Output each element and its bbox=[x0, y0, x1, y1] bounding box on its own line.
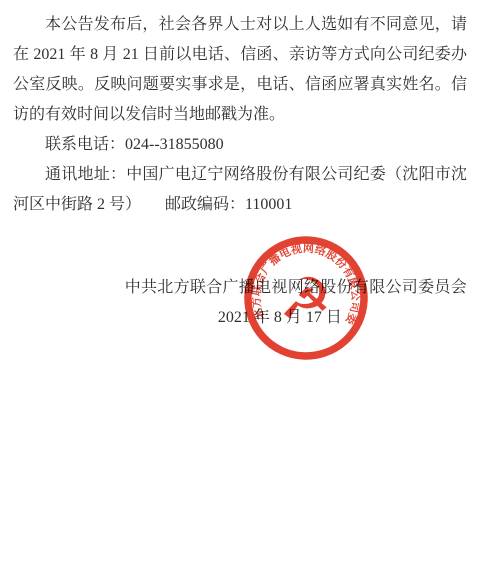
signature-block: 中共北方联合广播电视网络股份有限公司委员会 2021 年 8 月 17 日 bbox=[125, 273, 467, 333]
signature-committee: 中共北方联合广播电视网络股份有限公司委员会 bbox=[125, 273, 467, 303]
notice-paragraph: 本公告发布后，社会各界人士对以上人选如有不同意见，请在 2021 年 8 月 2… bbox=[13, 10, 467, 130]
address-line: 通讯地址：中国广电辽宁网络股份有限公司纪委（沈阳市沈河区中街路 2 号） 邮政编… bbox=[13, 160, 467, 220]
notice-body: 本公告发布后，社会各界人士对以上人选如有不同意见，请在 2021 年 8 月 2… bbox=[13, 10, 467, 220]
contact-phone-line: 联系电话：024--31855080 bbox=[13, 130, 467, 160]
document-page: 本公告发布后，社会各界人士对以上人选如有不同意见，请在 2021 年 8 月 2… bbox=[0, 0, 479, 568]
signature-date: 2021 年 8 月 17 日 bbox=[125, 303, 435, 333]
